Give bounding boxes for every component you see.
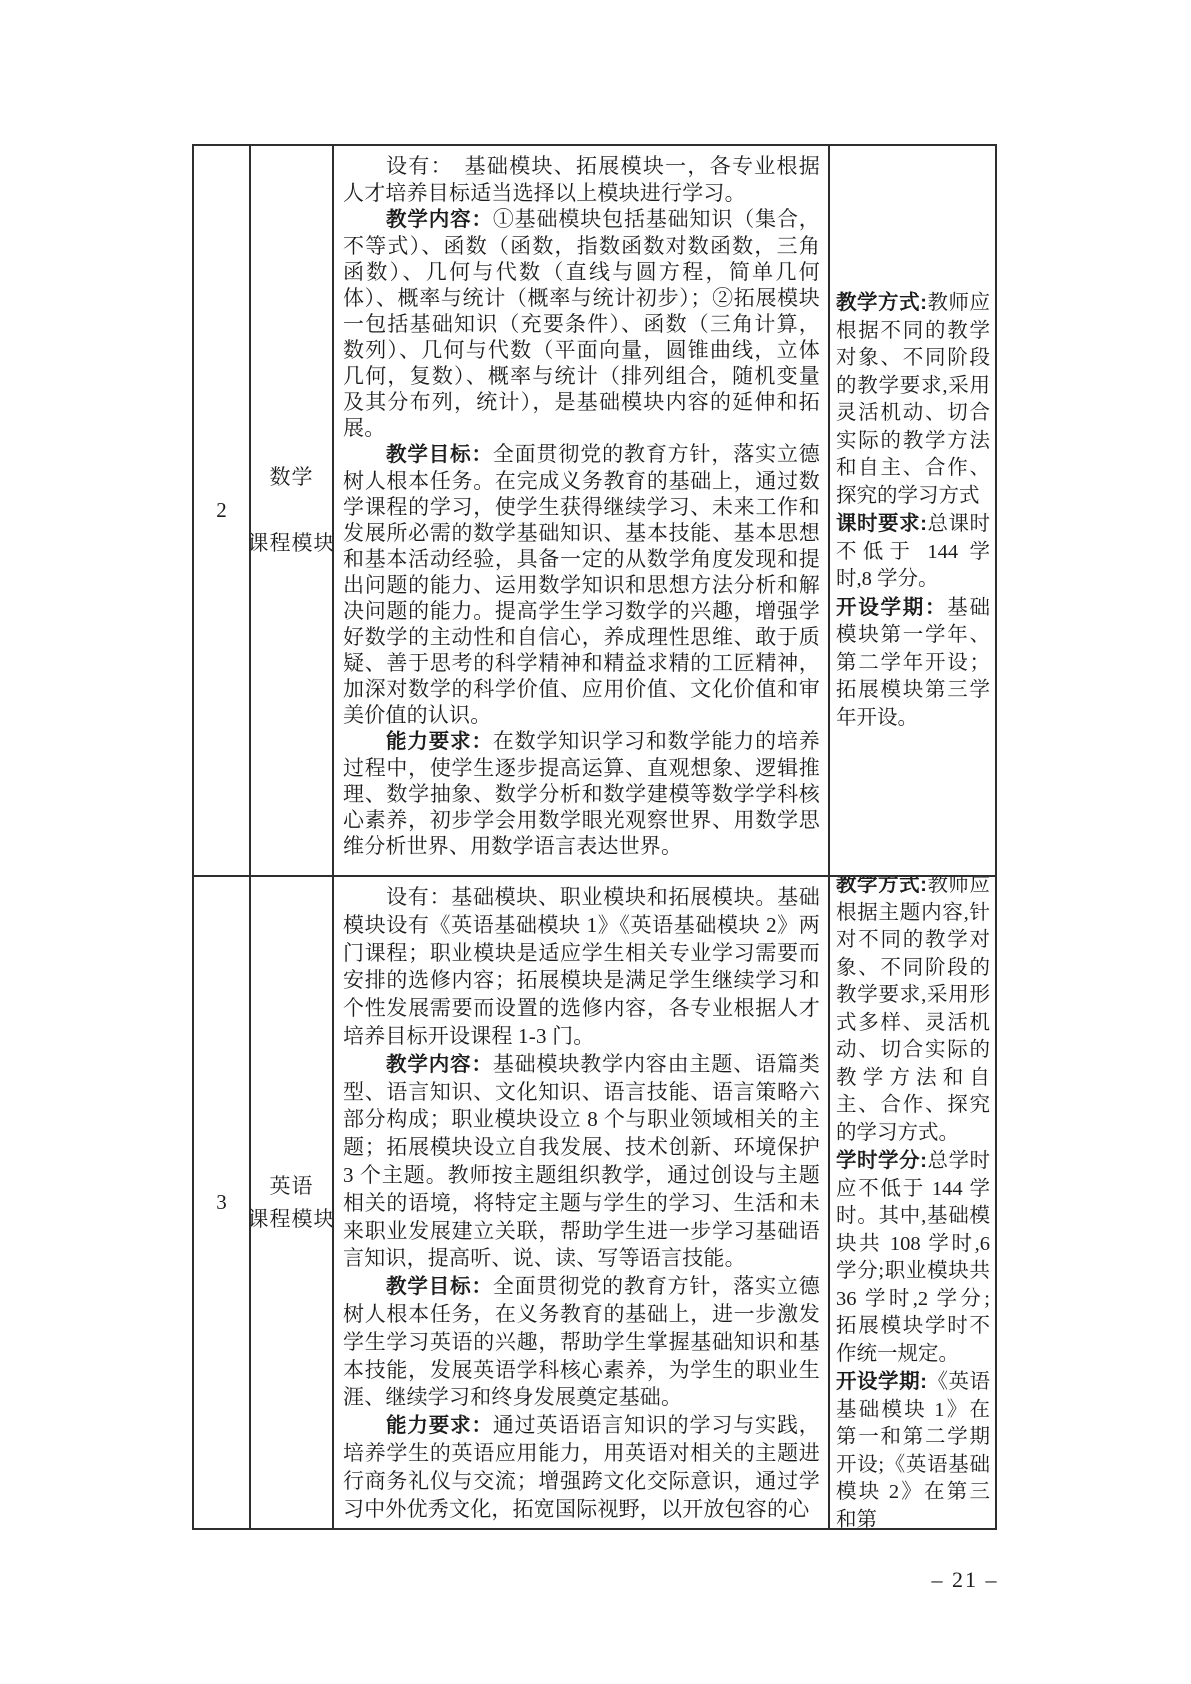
module-name-line: 课程模块 <box>251 527 334 560</box>
page-number: – 21 – <box>905 1567 1025 1593</box>
paragraph-label: 教学内容： <box>386 208 493 231</box>
paragraph-text: ①基础模块包括基础知识（集合，不等式）、函数（函数，指数函数对数函数，三角函数）… <box>343 207 820 440</box>
paragraph-text: 全面贯彻党的教育方针，落实立德树人根本任务。在完成义务教育的基础上，通过数学课程… <box>343 442 820 727</box>
paragraph-label: 教学方式: <box>836 291 927 314</box>
content-cell-english: 设有：基础模块、职业模块和拓展模块。基础模块设有《英语基础模块 1》《英语基础模… <box>334 877 830 1528</box>
paragraph-text: 教师应根据不同的教学对象、不同阶段的教学要求,采用灵活机动、切合实际的教学方法和… <box>836 292 990 507</box>
side-paragraph-teaching-method: 教学方式:教师应根据不同的教学对象、不同阶段的教学要求,采用灵活机动、切合实际的… <box>836 289 990 510</box>
paragraph-text: 基础模块教学内容由主题、语篇类型、语言知识、文化知识、语言技能、语言策略六部分构… <box>343 1052 820 1271</box>
paragraph-text: 设有：基础模块、职业模块和拓展模块。基础模块设有《英语基础模块 1》《英语基础模… <box>343 885 820 1048</box>
course-module-table: 2 数学 课程模块 设有： 基础模块、拓展模块一，各专业根据人才培养目标适当选择… <box>192 144 997 1530</box>
paragraph-teaching-content: 教学内容：基础模块教学内容由主题、语篇类型、语言知识、文化知识、语言技能、语言策… <box>343 1051 820 1273</box>
paragraph-teaching-content: 教学内容：①基础模块包括基础知识（集合，不等式）、函数（函数，指数函数对数函数，… <box>343 206 820 441</box>
paragraph-text: 《英语基础模块 1》在第一和第二学期开设;《英语基础模块 2》在第三和第 <box>836 1371 990 1528</box>
side-paragraph-semester: 开设学期：基础模块第一学年、第二学年开设；拓展模块第三学年开设。 <box>836 594 990 733</box>
content-cell-math: 设有： 基础模块、拓展模块一，各专业根据人才培养目标适当选择以上模块进行学习。 … <box>334 146 830 877</box>
paragraph-setup: 设有： 基础模块、拓展模块一，各专业根据人才培养目标适当选择以上模块进行学习。 <box>343 153 820 206</box>
paragraph-label: 开设学期: <box>836 1370 927 1393</box>
paragraph-setup: 设有：基础模块、职业模块和拓展模块。基础模块设有《英语基础模块 1》《英语基础模… <box>343 884 820 1051</box>
paragraph-ability-requirement: 能力要求：在数学知识学习和数学能力的培养过程中，使学生逐步提高运算、直观想象、逻… <box>343 728 820 859</box>
row-number: 2 <box>216 498 227 523</box>
paragraph-ability-requirement: 能力要求：通过英语语言知识的学习与实践，培养学生的英语应用能力，用英语对相关的主… <box>343 1412 820 1523</box>
paragraph-label: 学时学分: <box>836 1149 927 1172</box>
paragraph-label: 课时要求: <box>836 512 927 535</box>
side-paragraph-class-hours: 课时要求:总课时不低于 144 学时,8 学分。 <box>836 510 990 594</box>
paragraph-text: 教师应根据主题内容,针对不同的教学对象、不同阶段的教学要求,采用形式多样、灵活机… <box>836 877 990 1144</box>
side-notes-cell-english: 教学方式:教师应根据主题内容,针对不同的教学对象、不同阶段的教学要求,采用形式多… <box>830 877 995 1528</box>
paragraph-label: 能力要求： <box>386 730 493 753</box>
module-name-line: 英语 <box>270 1170 314 1203</box>
document-page: 2 数学 课程模块 设有： 基础模块、拓展模块一，各专业根据人才培养目标适当选择… <box>0 0 1191 1684</box>
paragraph-label: 教学目标： <box>386 1275 493 1298</box>
paragraph-label: 开设学期： <box>836 596 947 619</box>
row-number: 3 <box>216 1190 227 1215</box>
side-paragraph-semester: 开设学期:《英语基础模块 1》在第一和第二学期开设;《英语基础模块 2》在第三和… <box>836 1368 990 1528</box>
module-name-cell-math: 数学 课程模块 <box>251 146 334 877</box>
side-notes-cell-math: 教学方式:教师应根据不同的教学对象、不同阶段的教学要求,采用灵活机动、切合实际的… <box>830 146 995 877</box>
module-name-cell-english: 英语 课程模块 <box>251 877 334 1528</box>
row-number-cell-english: 3 <box>194 877 251 1528</box>
paragraph-text: 总学时应不低于 144 学时。其中,基础模块共 108 学时,6 学分;职业模块… <box>836 1150 990 1365</box>
row-number-cell-math: 2 <box>194 146 251 877</box>
side-paragraph-credit-hours: 学时学分:总学时应不低于 144 学时。其中,基础模块共 108 学时,6 学分… <box>836 1147 990 1368</box>
module-name-line: 课程模块 <box>251 1203 334 1236</box>
paragraph-label: 教学目标： <box>386 443 493 466</box>
side-paragraph-teaching-method: 教学方式:教师应根据主题内容,针对不同的教学对象、不同阶段的教学要求,采用形式多… <box>836 877 990 1147</box>
paragraph-label: 能力要求： <box>386 1414 493 1437</box>
paragraph-teaching-goal: 教学目标：全面贯彻党的教育方针，落实立德树人根本任务，在义务教育的基础上，进一步… <box>343 1273 820 1412</box>
module-name-line: 数学 <box>270 461 314 494</box>
paragraph-teaching-goal: 教学目标：全面贯彻党的教育方针，落实立德树人根本任务。在完成义务教育的基础上，通… <box>343 441 820 728</box>
paragraph-text: 设有： 基础模块、拓展模块一，各专业根据人才培养目标适当选择以上模块进行学习。 <box>343 154 820 205</box>
paragraph-label: 教学方式: <box>836 877 927 896</box>
paragraph-label: 教学内容： <box>386 1053 493 1076</box>
